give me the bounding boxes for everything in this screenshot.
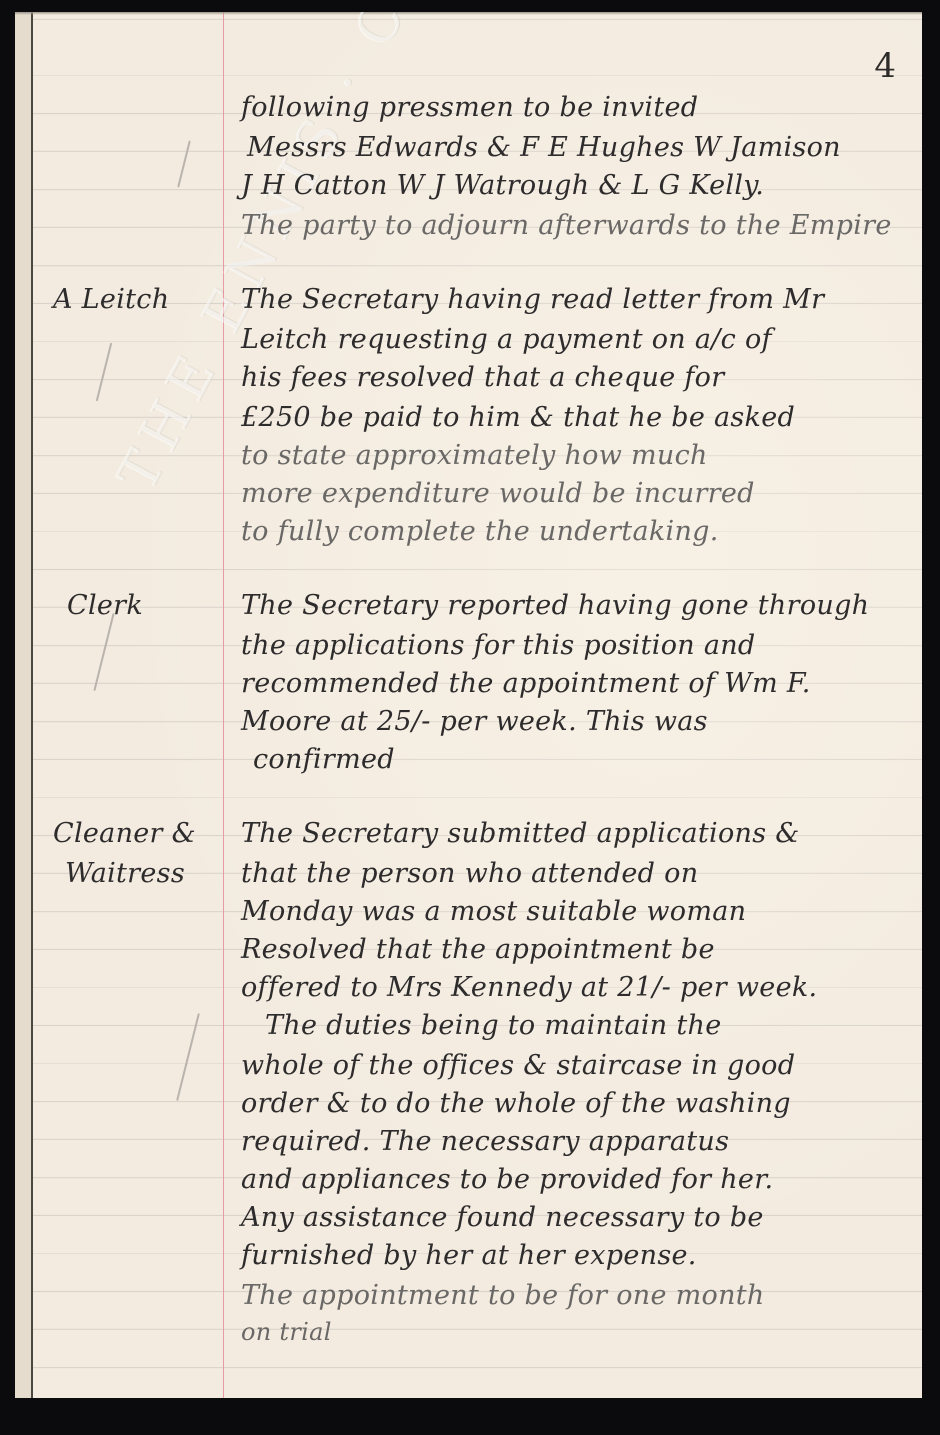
- margin-label: A Leitch: [53, 284, 169, 315]
- entry-line: to state approximately how much: [241, 440, 708, 471]
- entry-line: his fees resolved that a cheque for: [241, 362, 724, 393]
- entry-line: more expenditure would be incurred: [241, 478, 755, 509]
- entry-line: Leitch requesting a payment on a/c of: [241, 324, 772, 355]
- margin-label: Clerk: [67, 590, 143, 621]
- entry-line: and appliances to be provided for her.: [241, 1164, 773, 1195]
- entry-line: recommended the appointment of Wm F.: [241, 668, 811, 699]
- pencil-check-icon: [93, 613, 114, 691]
- entry-line: J H Catton W J Watrough & L G Kelly.: [241, 170, 764, 201]
- entry-line: £250 be paid to him & that he be asked: [241, 402, 795, 433]
- entry-line: offered to Mrs Kennedy at 21/- per week.: [241, 972, 817, 1003]
- page-number: 4: [874, 46, 896, 86]
- entry-line: The Secretary submitted applications &: [241, 818, 800, 849]
- entry-line: furnished by her at her expense.: [241, 1240, 697, 1271]
- page-gutter: [15, 12, 31, 1398]
- entry-line: Any assistance found necessary to be: [241, 1202, 764, 1233]
- entry-line: confirmed: [253, 744, 395, 775]
- entry-line: following pressmen to be invited: [241, 92, 698, 123]
- entry-line: on trial: [241, 1318, 332, 1346]
- ledger-page: THE ENNIS · CHARITABLE TRUST 4 following…: [15, 12, 922, 1398]
- entry-line: Resolved that the appointment be: [241, 934, 715, 965]
- entry-line: The Secretary having read letter from Mr: [241, 284, 824, 315]
- entry-line: The Secretary reported having gone throu…: [241, 590, 869, 621]
- red-margin-rule: [223, 12, 224, 1398]
- binding-line: [31, 12, 33, 1398]
- pencil-check-icon: [176, 1013, 200, 1101]
- entry-line: Moore at 25/- per week. This was: [241, 706, 708, 737]
- margin-label-line-2: Waitress: [65, 858, 185, 889]
- page-edge-shadow: [15, 12, 922, 15]
- pencil-check-icon: [96, 343, 112, 402]
- entry-line: to fully complete the undertaking.: [241, 516, 719, 547]
- entry-line: Monday was a most suitable woman: [241, 896, 746, 927]
- entry-line: order & to do the whole of the washing: [241, 1088, 791, 1119]
- entry-line: the applications for this position and: [241, 630, 756, 661]
- entry-line: required. The necessary apparatus: [241, 1126, 729, 1157]
- pencil-check-icon: [177, 140, 191, 187]
- margin-label-line-1: Cleaner &: [53, 818, 196, 849]
- entry-line: The appointment to be for one month: [241, 1280, 765, 1311]
- entry-line: whole of the offices & staircase in good: [241, 1050, 795, 1081]
- entry-line: Messrs Edwards & F E Hughes W Jamison: [247, 132, 841, 163]
- entry-line: The party to adjourn afterwards to the E…: [241, 210, 892, 241]
- entry-line: The duties being to maintain the: [265, 1010, 721, 1041]
- entry-line: that the person who attended on: [241, 858, 698, 889]
